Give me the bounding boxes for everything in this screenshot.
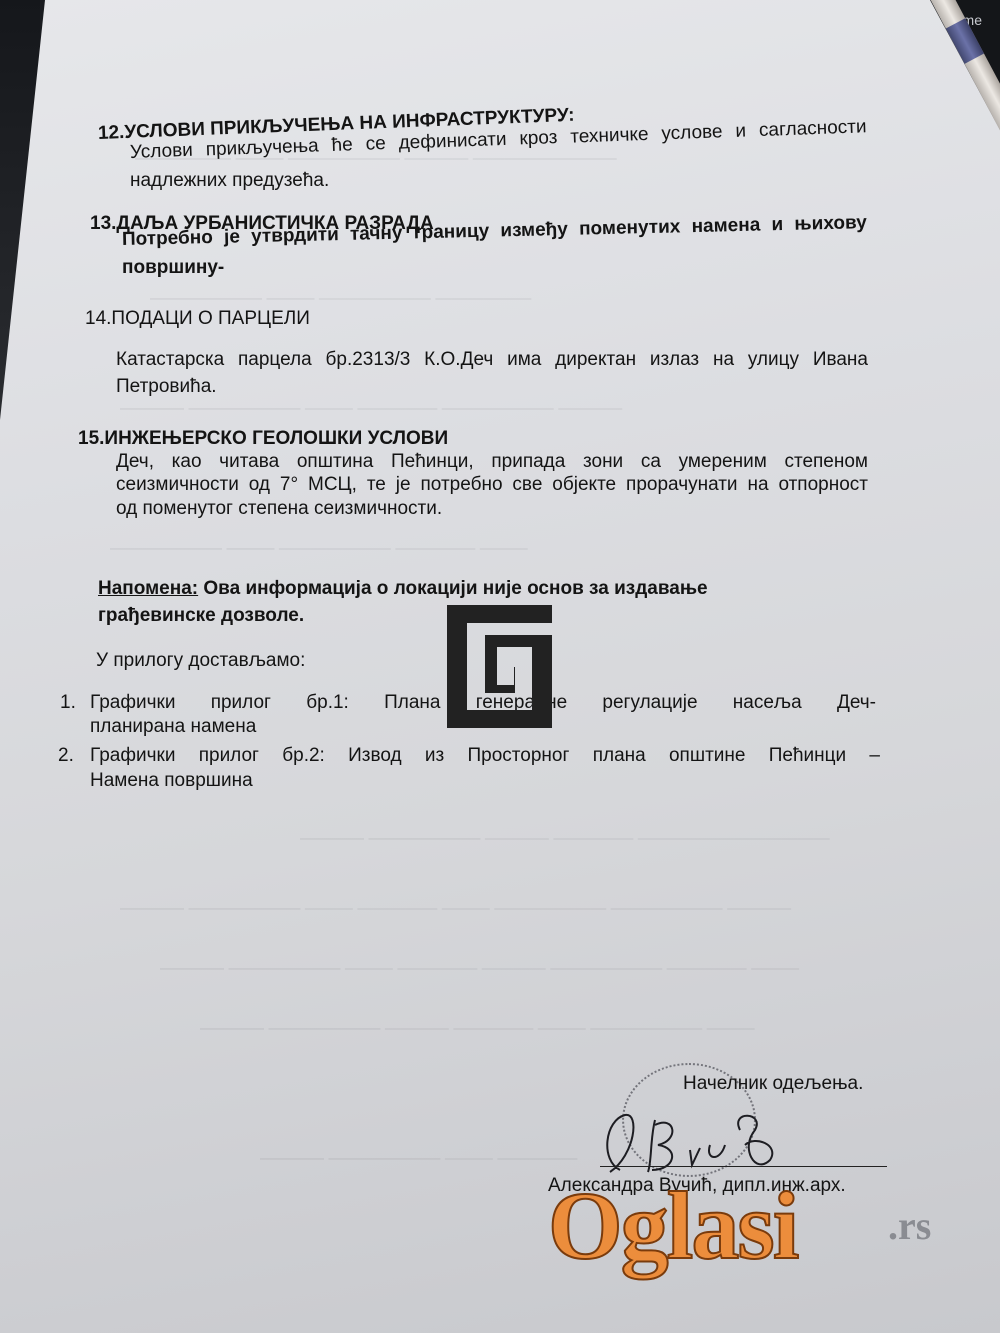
oglasi-logo-suffix: .rs [888,1202,931,1249]
section-14-number: 14. [85,308,111,329]
attachment-2-number: 2. [58,745,74,767]
section-15-number: 15. [78,428,104,449]
document-content: 12.УСЛОВИ ПРИКЉУЧЕЊА НА ИНФРАСТРУКТУРУ: … [0,0,1000,1333]
oglasi-logo: Oglasi [548,1170,797,1281]
section-13-line-2: површину- [122,257,224,279]
attachment-2-line-1: Графички прилог бр.2: Извод из Просторно… [90,745,880,767]
section-13-number: 13. [90,213,116,234]
note-text-1: Ова информација о локацији није основ за… [203,578,707,599]
section-15-text-1: Деч, као читава општина Пећинци, припада… [116,451,868,473]
g-watermark-icon [447,605,552,728]
attachment-1-number: 1. [60,692,76,714]
note-label: Напомена: [98,578,198,599]
section-15-line-2: сеизмичности од 7° МСЦ, те је потребно с… [116,474,868,496]
attachment-1-line-2: планирана намена [90,716,256,738]
note-line-2: грађевинске дозволе. [98,605,304,627]
note-line-1: Напомена: Ова информација о локацији ниј… [98,578,868,600]
section-14-line-2: Петровића. [116,376,217,398]
attachments-intro: У прилогу достављамо: [96,650,305,672]
section-15-line-3: од поменутог степена сеизмичности. [116,498,442,520]
section-14-title: ПОДАЦИ О ПАРЦЕЛИ [111,308,309,329]
section-15-heading: 15.ИНЖЕЊЕРСКО ГЕОЛОШКИ УСЛОВИ [78,428,448,450]
attachment-2-line-2: Намена површина [90,770,253,792]
signature-title: Начелник одељења. [683,1073,863,1095]
section-12-number: 12. [98,122,125,144]
attachment-2-text-1: Графички прилог бр.2: Извод из Просторно… [90,745,880,767]
section-12-line-2: надлежних предузећа. [130,170,329,192]
section-14-text-1: Катастарска парцела бр.2313/3 К.О.Деч им… [116,349,868,371]
section-14-heading: 14.ПОДАЦИ О ПАРЦЕЛИ [85,308,310,330]
section-15-title: ИНЖЕЊЕРСКО ГЕОЛОШКИ УСЛОВИ [104,428,448,449]
signature-line [600,1166,887,1167]
section-15-text-2: сеизмичности од 7° МСЦ, те је потребно с… [116,474,868,496]
handwritten-signature-icon [580,1100,780,1180]
section-14-line-1: Катастарска парцела бр.2313/3 К.О.Деч им… [116,349,868,371]
section-15-line-1: Деч, као читава општина Пећинци, припада… [116,451,868,473]
